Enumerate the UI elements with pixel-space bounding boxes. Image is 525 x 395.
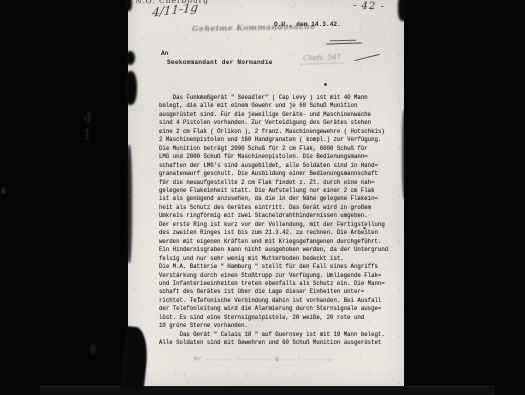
body-text: Das Funkmeßgerät " Seeadler" ( Cap Levy … bbox=[159, 94, 388, 348]
dateline: O.U., den 14.3.42. bbox=[274, 21, 341, 28]
recipient-line: Seekommandant der Normandie bbox=[167, 59, 273, 66]
film-edge-marks: 4 1 bbox=[80, 110, 103, 171]
received-stamp: Chefs. 547 bbox=[300, 53, 344, 65]
edge-blot bbox=[120, 326, 150, 390]
film-frame-edge bbox=[40, 386, 495, 395]
edge-blot bbox=[125, 0, 132, 11]
microfilm-scan: 4 1 N.O. Cherbourg 4/11-1g - 42 - Geheim… bbox=[0, 0, 525, 395]
edge-blot bbox=[402, 109, 407, 199]
film-speck bbox=[2, 188, 5, 194]
footer-fragment: b/ ....... .......... g.............,. bbox=[194, 355, 335, 362]
edge-blot bbox=[398, 0, 408, 21]
film-speck bbox=[90, 344, 96, 354]
ink-speck bbox=[324, 83, 327, 86]
pencil-check-mark bbox=[354, 54, 379, 61]
document-page: N.O. Cherbourg 4/11-1g - 42 - Geheime Ko… bbox=[128, 0, 404, 386]
handwritten-underline bbox=[326, 38, 362, 44]
edge-blot bbox=[125, 51, 135, 65]
edge-blot bbox=[124, 71, 137, 105]
page-number: - 42 - bbox=[353, 0, 385, 12]
edge-blot bbox=[126, 145, 132, 263]
salutation: An bbox=[161, 50, 168, 57]
